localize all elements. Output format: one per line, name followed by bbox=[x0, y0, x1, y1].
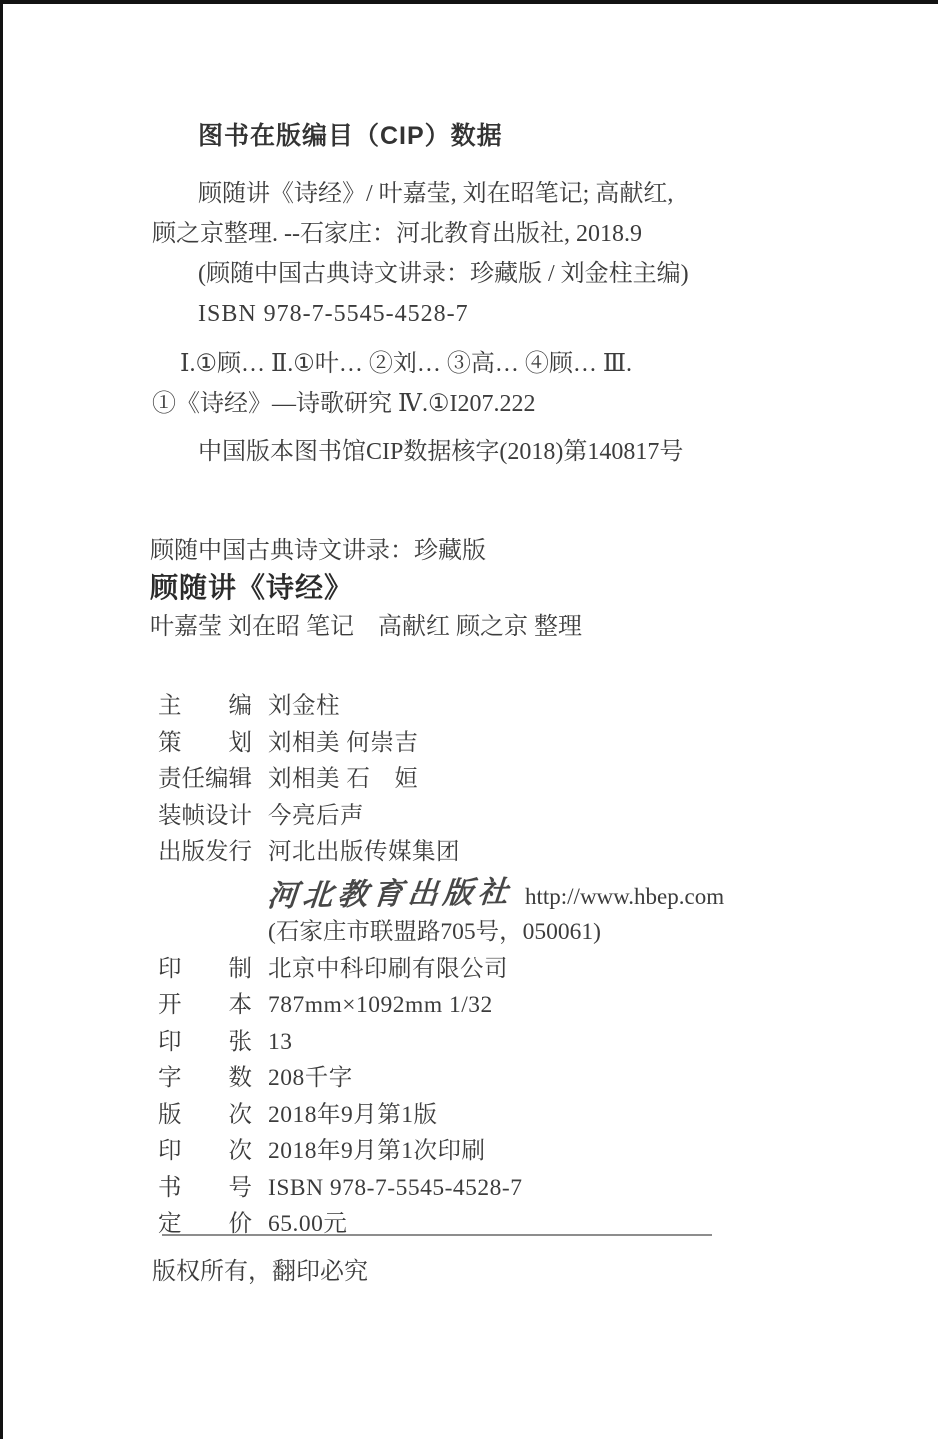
imprint-label: 出版发行 bbox=[158, 832, 252, 866]
imprint-row-printer: 印 制 北京中科印刷有限公司 bbox=[158, 949, 878, 986]
imprint-value: 787mm×1092mm 1/32 bbox=[268, 992, 493, 1019]
publisher-url: http://www.hbep.com bbox=[525, 884, 724, 910]
imprint-value: 刘相美 石 姮 bbox=[268, 759, 418, 793]
cip-record-line-3: (顾随中国古典诗文讲录：珍藏版 / 刘金柱主编) bbox=[152, 254, 872, 294]
imprint-row-isbn: 书 号 ISBN 978-7-5545-4528-7 bbox=[158, 1168, 878, 1205]
imprint-row-format: 开 本 787mm×1092mm 1/32 bbox=[158, 985, 878, 1022]
imprint-label: 字 数 bbox=[158, 1058, 252, 1092]
imprint-label: 印 张 bbox=[158, 1022, 252, 1056]
imprint-value: 今亮后声 bbox=[268, 796, 364, 830]
book-title: 顾随讲《诗经》 bbox=[150, 568, 870, 608]
cip-heading: 图书在版编目（CIP）数据 bbox=[152, 116, 872, 156]
imprint-value: 河北出版传媒集团 bbox=[268, 832, 460, 866]
imprint-value: 13 bbox=[268, 1029, 293, 1056]
footer-divider bbox=[162, 1234, 712, 1236]
imprint-value: 刘金柱 bbox=[268, 686, 340, 720]
imprint-row-sheets: 印 张 13 bbox=[158, 1022, 878, 1059]
imprint-label: 责任编辑 bbox=[158, 759, 252, 793]
cip-classification-line-1: Ⅰ.①顾… Ⅱ.①叶… ②刘… ③高… ④顾… Ⅲ. bbox=[152, 344, 872, 384]
book-info-block: 顾随中国古典诗文讲录：珍藏版 顾随讲《诗经》 叶嘉莹 刘在昭 笔记 高献红 顾之… bbox=[150, 534, 870, 646]
imprint-label: 书 号 bbox=[158, 1168, 252, 1202]
scan-edge-left bbox=[0, 0, 3, 1439]
book-byline: 叶嘉莹 刘在昭 笔记 高献红 顾之京 整理 bbox=[150, 608, 870, 646]
cip-block: 图书在版编目（CIP）数据 顾随讲《诗经》/ 叶嘉莹, 刘在昭笔记; 高献红, … bbox=[152, 116, 872, 472]
imprint-label: 策 划 bbox=[158, 723, 252, 757]
imprint-value: 2018年9月第1次印刷 bbox=[268, 1131, 486, 1165]
imprint-value: 208千字 bbox=[268, 1058, 353, 1092]
imprint-row-planning: 策 划 刘相美 何崇吉 bbox=[158, 723, 878, 760]
imprint-value: 刘相美 何崇吉 bbox=[268, 723, 418, 757]
imprint-row-publisher: 出版发行 河北出版传媒集团 bbox=[158, 832, 878, 869]
imprint-row-edition: 版 次 2018年9月第1版 bbox=[158, 1095, 878, 1132]
imprint-value: 65.00元 bbox=[268, 1204, 347, 1238]
imprint-row-chief-editor: 主 编 刘金柱 bbox=[158, 686, 878, 723]
cip-classification: Ⅰ.①顾… Ⅱ.①叶… ②刘… ③高… ④顾… Ⅲ. ①《诗经》—诗歌研究 Ⅳ.… bbox=[152, 344, 872, 424]
imprint-value: ISBN 978-7-5545-4528-7 bbox=[268, 1175, 522, 1202]
imprint-label: 装帧设计 bbox=[158, 796, 252, 830]
cip-record-line-1: 顾随讲《诗经》/ 叶嘉莹, 刘在昭笔记; 高献红, bbox=[152, 174, 872, 214]
publisher-address: (石家庄市联盟路705号，050061) bbox=[268, 919, 601, 945]
publisher-calligraphy-logo: 河北教育出版社 bbox=[266, 866, 515, 914]
scan-edge-top bbox=[0, 0, 938, 4]
copyright-notice: 版权所有，翻印必究 bbox=[152, 1254, 368, 1290]
imprint-label: 印 制 bbox=[158, 949, 252, 983]
imprint-label: 开 本 bbox=[158, 985, 252, 1019]
imprint-row-responsible-editor: 责任编辑 刘相美 石 姮 bbox=[158, 759, 878, 796]
cip-classification-line-2: ①《诗经》—诗歌研究 Ⅳ.①I207.222 bbox=[152, 384, 872, 424]
cip-isbn: ISBN 978-7-5545-4528-7 bbox=[152, 294, 872, 334]
imprint-label: 印 次 bbox=[158, 1131, 252, 1165]
copyright-page: 图书在版编目（CIP）数据 顾随讲《诗经》/ 叶嘉莹, 刘在昭笔记; 高献红, … bbox=[0, 0, 938, 1439]
imprint-label: 定 价 bbox=[158, 1204, 252, 1238]
cip-registry-number: 中国版本图书馆CIP数据核字(2018)第140817号 bbox=[152, 432, 872, 472]
imprint-label: 版 次 bbox=[158, 1095, 252, 1129]
imprint-block: 主 编 刘金柱 策 划 刘相美 何崇吉 责任编辑 刘相美 石 姮 装帧设计 今亮… bbox=[158, 686, 878, 1241]
imprint-value: 北京中科印刷有限公司 bbox=[268, 949, 508, 983]
series-name: 顾随中国古典诗文讲录：珍藏版 bbox=[150, 534, 870, 568]
cip-record-line-2: 顾之京整理. --石家庄：河北教育出版社, 2018.9 bbox=[152, 214, 872, 254]
imprint-value: 2018年9月第1版 bbox=[268, 1095, 438, 1129]
imprint-row-wordcount: 字 数 208千字 bbox=[158, 1058, 878, 1095]
imprint-row-design: 装帧设计 今亮后声 bbox=[158, 796, 878, 833]
imprint-label: 主 编 bbox=[158, 686, 252, 720]
imprint-row-printing: 印 次 2018年9月第1次印刷 bbox=[158, 1131, 878, 1168]
publisher-logo-row: 河北教育出版社 http://www.hbep.com bbox=[158, 869, 878, 912]
publisher-address-row: (石家庄市联盟路705号，050061) bbox=[158, 912, 878, 949]
